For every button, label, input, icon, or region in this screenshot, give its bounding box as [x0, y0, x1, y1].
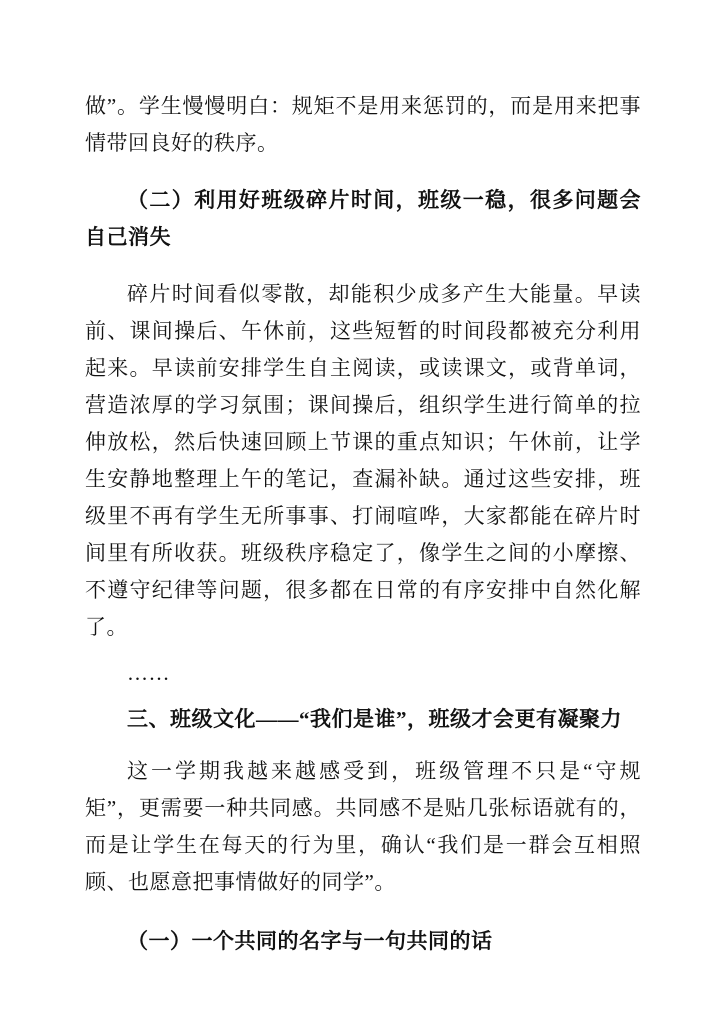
- chapter-heading-3: 三、班级文化——“我们是谁”，班级才会更有凝聚力: [85, 701, 641, 738]
- body-paragraph: 碎片时间看似零散，却能积少成多产生大能量。早读前、课间操后、午休前，这些短暂的时…: [85, 276, 641, 646]
- body-paragraph: 这一学期我越来越感受到，班级管理不只是“守规矩”，更需要一种共同感。共同感不是贴…: [85, 753, 641, 901]
- subheading-section-1: （一）一个共同的名字与一句共同的话: [85, 923, 641, 960]
- ellipsis-line: ……: [85, 655, 641, 692]
- document-content: 做”。学生慢慢明白：规矩不是用来惩罚的，而是用来把事情带回良好的秩序。 （二）利…: [85, 88, 641, 960]
- paragraph-continuation: 做”。学生慢慢明白：规矩不是用来惩罚的，而是用来把事情带回良好的秩序。: [85, 88, 641, 162]
- subheading-section-2: （二）利用好班级碎片时间，班级一稳，很多问题会自己消失: [85, 182, 641, 256]
- document-page: 做”。学生慢慢明白：规矩不是用来惩罚的，而是用来把事情带回良好的秩序。 （二）利…: [0, 0, 724, 1024]
